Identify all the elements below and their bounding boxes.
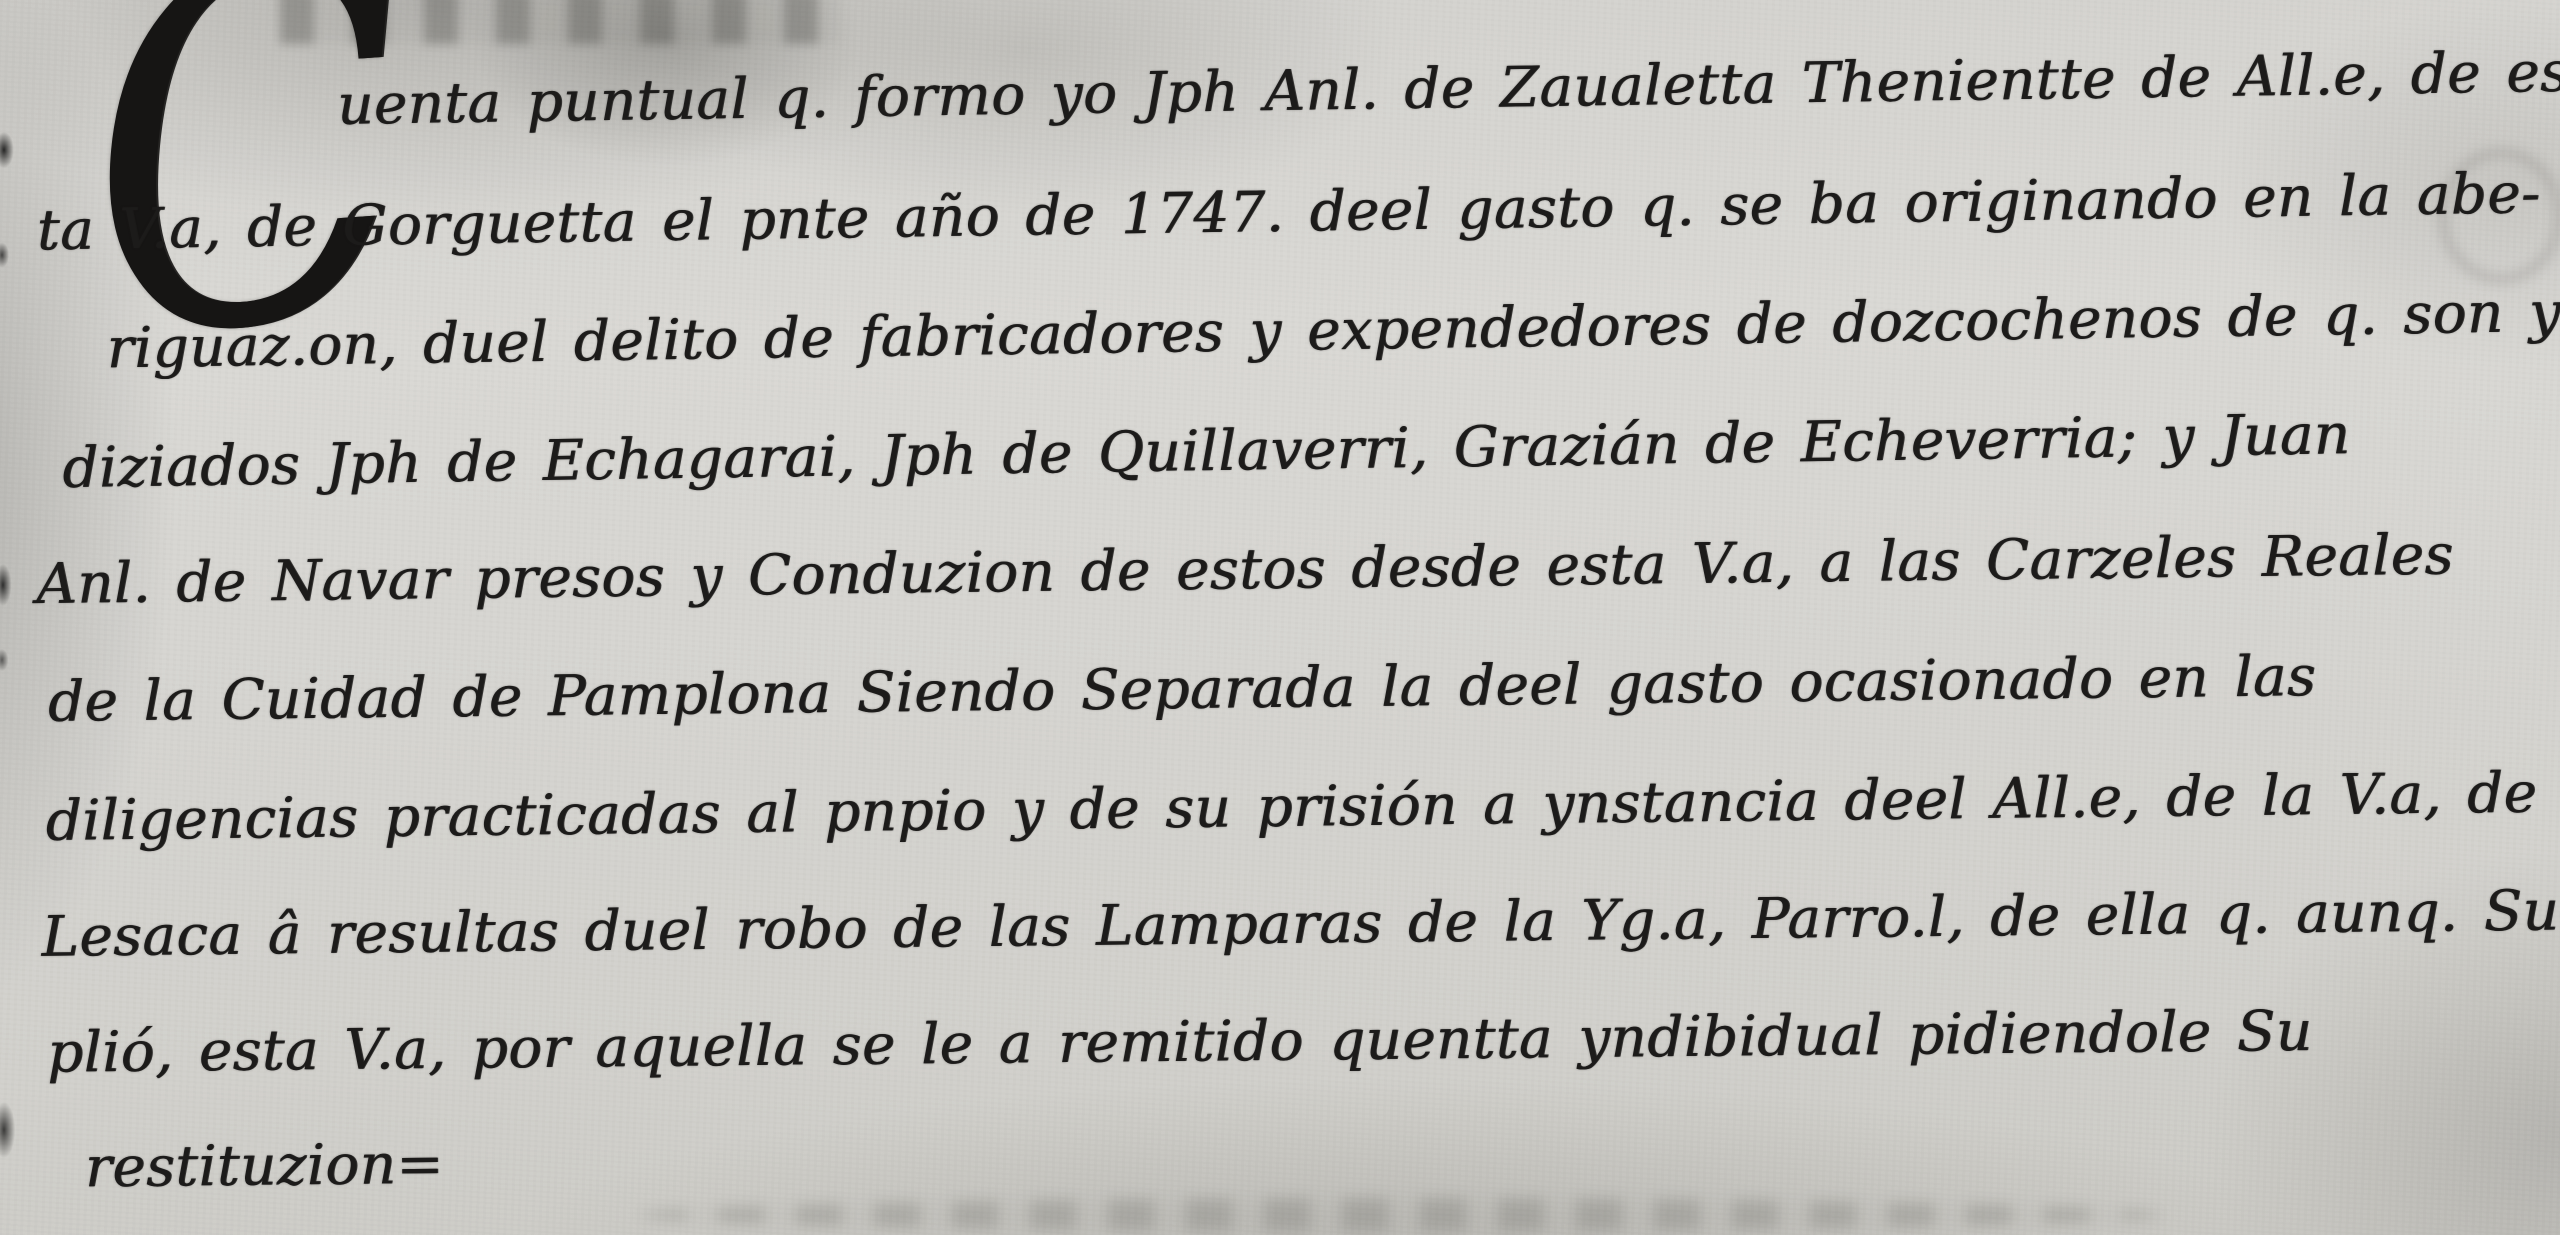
manuscript-text-block: uenta puntual q. formo yo Jph Anl. de Za…: [0, 13, 2560, 1221]
manuscript-line-10: restituzion=: [14, 1085, 2560, 1227]
manuscript-photo: C uenta puntual q. formo yo Jph Anl. de …: [0, 0, 2560, 1235]
